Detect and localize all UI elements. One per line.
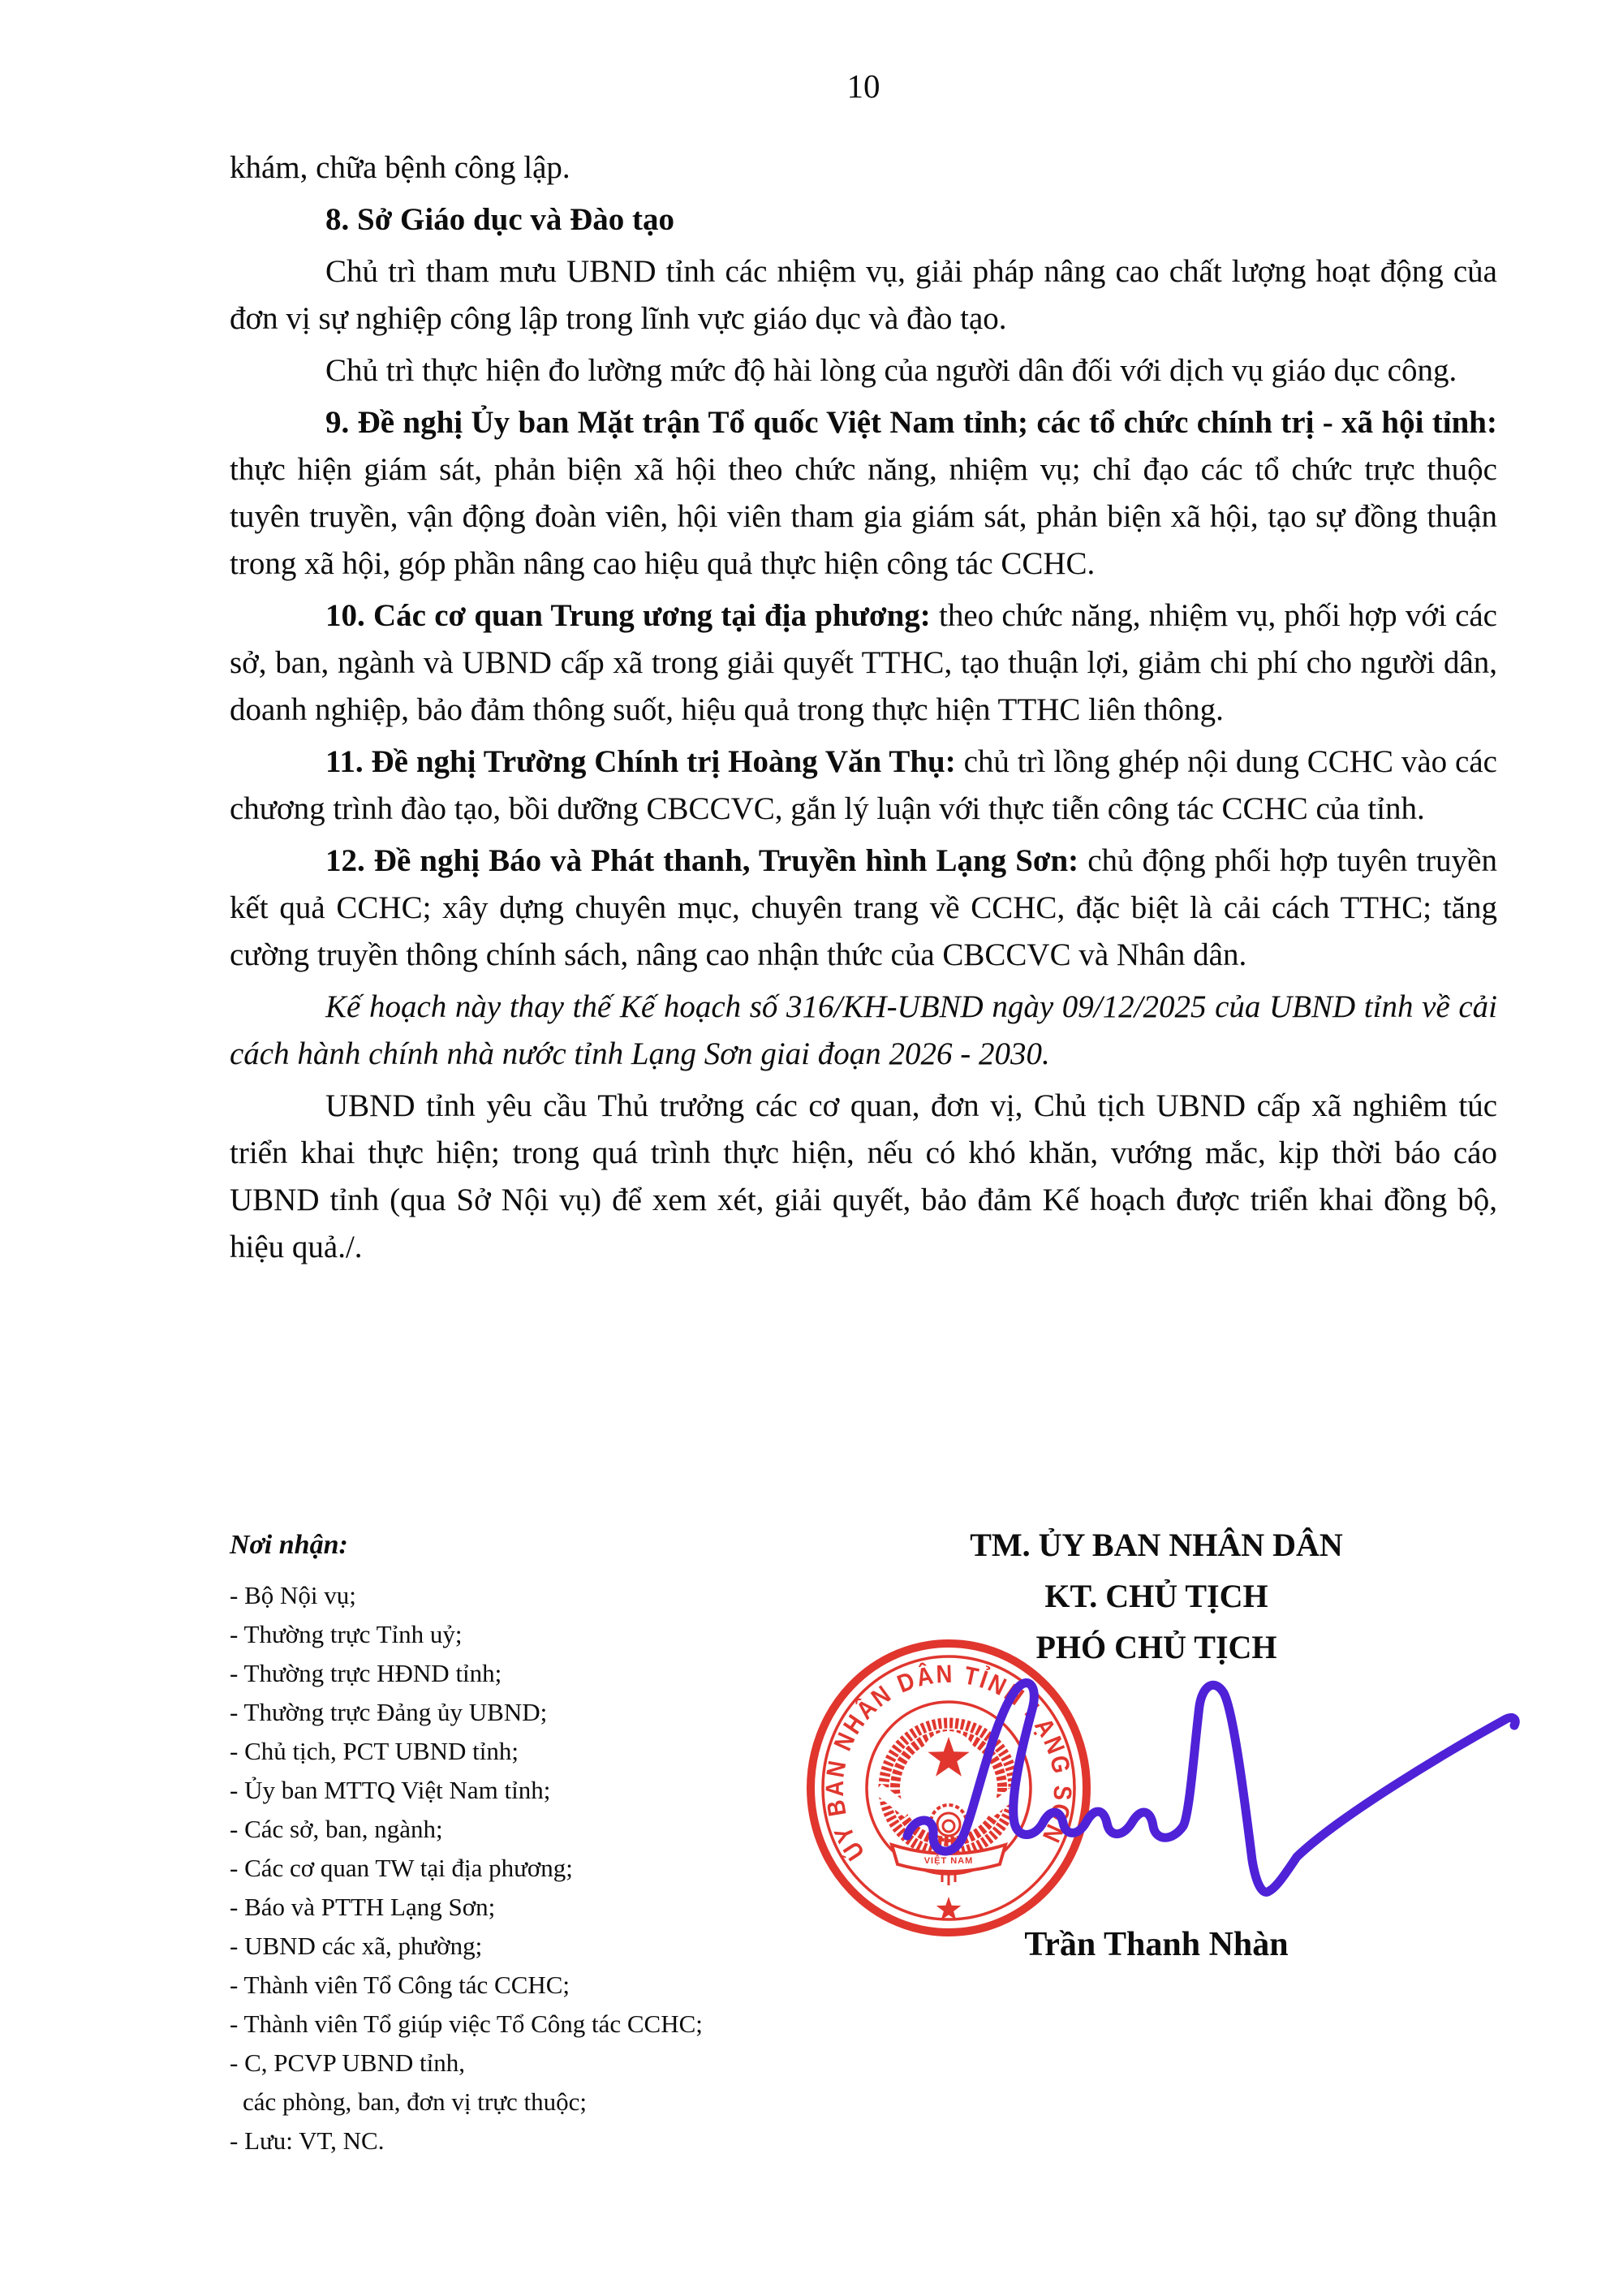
page-number: 10 [230, 67, 1497, 106]
document-page: 10 khám, chữa bệnh công lập. 8. Sở Giáo … [0, 0, 1623, 2296]
paragraph-text: UBND tỉnh yêu cầu Thủ trưởng các cơ quan… [230, 1088, 1497, 1264]
recipients-block: Nơi nhận: - Bộ Nội vụ; - Thường trực Tỉn… [230, 1526, 846, 2160]
heading-text: 8. Sở Giáo dục và Đào tạo [325, 202, 674, 237]
recipient-item: - Lưu: VT, NC. [230, 2122, 846, 2160]
handwritten-signature [876, 1648, 1534, 1915]
paragraph-text: Chủ trì tham mưu UBND tỉnh các nhiệm vụ,… [230, 254, 1497, 336]
section-10-paragraph: 10. Các cơ quan Trung ương tại địa phươn… [230, 592, 1497, 734]
recipient-item: - UBND các xã, phường; [230, 1927, 846, 1966]
recipient-item: - C, PCVP UBND tỉnh, [230, 2044, 846, 2083]
paragraph: Chủ trì thực hiện đo lường mức độ hài lò… [230, 347, 1497, 394]
paragraph-continuation: khám, chữa bệnh công lập. [230, 144, 1497, 192]
recipient-item: - Các sở, ban, ngành; [230, 1810, 846, 1849]
recipient-item: - Thành viên Tổ Công tác CCHC; [230, 1966, 846, 2005]
section-12-paragraph: 12. Đề nghị Báo và Phát thanh, Truyền hì… [230, 838, 1497, 979]
paragraph-text: Kế hoạch này thay thế Kế hoạch số 316/KH… [230, 989, 1497, 1071]
recipient-item: - Thường trực Tỉnh uỷ; [230, 1615, 846, 1654]
paragraph-text: khám, chữa bệnh công lập. [230, 150, 570, 185]
deputy-line: KT. CHỦ TỊCH [913, 1570, 1400, 1622]
paragraph-text: thực hiện giám sát, phản biện xã hội the… [230, 452, 1497, 581]
section-11-paragraph: 11. Đề nghị Trường Chính trị Hoàng Văn T… [230, 739, 1497, 833]
recipient-item-continuation: các phòng, ban, đơn vị trực thuộc; [230, 2083, 846, 2122]
recipient-item: - Ủy ban MTTQ Việt Nam tỉnh; [230, 1771, 846, 1810]
section-11-heading: 11. Đề nghị Trường Chính trị Hoàng Văn T… [325, 744, 964, 779]
closing-paragraph: UBND tỉnh yêu cầu Thủ trưởng các cơ quan… [230, 1083, 1497, 1271]
section-12-heading: 12. Đề nghị Báo và Phát thanh, Truyền hì… [325, 843, 1087, 878]
recipient-item: - Các cơ quan TW tại địa phương; [230, 1849, 846, 1888]
recipient-item: - Bộ Nội vụ; [230, 1576, 846, 1615]
recipient-item: - Thành viên Tổ giúp việc Tổ Công tác CC… [230, 2005, 846, 2044]
on-behalf-line: TM. ỦY BAN NHÂN DÂN [913, 1519, 1400, 1570]
recipient-item: - Chủ tịch, PCT UBND tỉnh; [230, 1732, 846, 1771]
section-8-heading: 8. Sở Giáo dục và Đào tạo [230, 196, 1497, 243]
section-10-heading: 10. Các cơ quan Trung ương tại địa phươn… [325, 598, 939, 633]
recipients-title: Nơi nhận: [230, 1526, 846, 1565]
replacement-note-paragraph: Kế hoạch này thay thế Kế hoạch số 316/KH… [230, 984, 1497, 1078]
paragraph: Chủ trì tham mưu UBND tỉnh các nhiệm vụ,… [230, 248, 1497, 342]
recipient-item: - Báo và PTTH Lạng Sơn; [230, 1888, 846, 1927]
recipient-item: - Thường trực Đảng ủy UBND; [230, 1693, 846, 1732]
recipient-item: - Thường trực HĐND tỉnh; [230, 1654, 846, 1693]
signature-ink-stroke [907, 1683, 1515, 1893]
document-body: khám, chữa bệnh công lập. 8. Sở Giáo dục… [230, 144, 1497, 1276]
signer-name: Trần Thanh Nhàn [913, 1925, 1400, 1964]
paragraph-text: Chủ trì thực hiện đo lường mức độ hài lò… [325, 353, 1457, 388]
section-9-paragraph: 9. Đề nghị Ủy ban Mặt trận Tổ quốc Việt … [230, 399, 1497, 588]
section-9-heading: 9. Đề nghị Ủy ban Mặt trận Tổ quốc Việt … [325, 405, 1497, 440]
